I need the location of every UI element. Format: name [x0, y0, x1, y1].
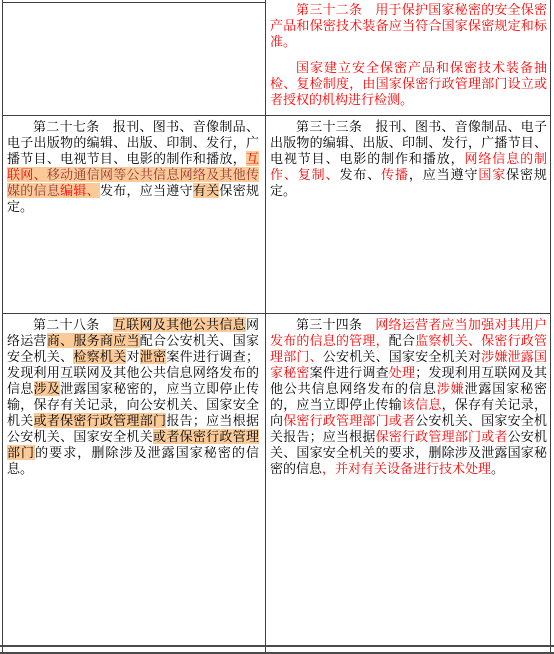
paragraph: 第三十四条 网络运营者应当加强对其用户发布的信息的管理，配合监察机关、保密行政管… [270, 317, 547, 477]
body-text: 的要求，删除涉及泄露国家秘密的信息。 [7, 445, 259, 476]
highlighted-text: 有关 [193, 183, 220, 198]
old-law-cell-row1-empty [7, 6, 259, 110]
revised-text: 处理 [389, 365, 415, 380]
revised-text: 保密行政管理部门或者 [376, 429, 508, 444]
paragraph: 第三十二条 用于保护国家秘密的安全保密产品和保密技术装备应当符合国家保密规定和标… [270, 2, 547, 50]
body-text: 案件进行调查 [310, 365, 389, 380]
table-rule-row1-row2 [2, 115, 551, 116]
old-law-cell-article-27: 第二十七条 报刊、图书、音像制品、电子出版物的编辑、出版、印制、发行，广播节目、… [7, 119, 259, 309]
table-border-right [550, 0, 551, 654]
table-border-left [2, 0, 3, 654]
highlighted-text: 商、服务商应当 [47, 333, 140, 348]
body-text: 配合 [389, 333, 415, 348]
highlighted-text: 涉及 [34, 381, 61, 396]
highlighted-text: 或者保密行政管理部门 [34, 413, 167, 428]
paragraph: 第三十三条 报刊、图书、音像制品、电子出版物的编辑、出版、印制、发行，广播节目、… [270, 119, 547, 199]
body-text: 公安机关、国家安全机关对 [323, 349, 481, 364]
table-border-middle [265, 0, 266, 654]
body-text: 第二十七条 报刊、图书、音像制品、电子出版物的编辑、出版、印制、发行，广播节目、… [7, 119, 259, 166]
body-text: 对 [126, 349, 139, 364]
new-law-cell-article-32: 第三十二条 用于保护国家秘密的安全保密产品和保密技术装备应当符合国家保密规定和标… [270, 2, 547, 112]
body-text: ，应当遵守 [409, 167, 478, 182]
revised-text: 涉嫌 [437, 381, 465, 396]
body-text: 发布、 [339, 167, 381, 182]
revised-text: 国家建立安全保密产品和保密技术装备抽检、复检制度，由国家保密行政管理部门设立或者… [270, 60, 547, 107]
body-text: 第三十四条 [296, 317, 375, 332]
revised-text: 第三十二条 用于保护国家秘密的安全保密产品和保密技术装备应当符合国家保密规定和标… [270, 2, 547, 49]
revised-text: 传播 [381, 167, 409, 182]
table-rule-row2-row3 [2, 313, 551, 314]
new-law-cell-article-33: 第三十三条 报刊、图书、音像制品、电子出版物的编辑、出版、印制、发行，广播节目、… [270, 119, 547, 309]
paragraph: 国家建立安全保密产品和保密技术装备抽检、复检制度，由国家保密行政管理部门设立或者… [270, 60, 547, 108]
highlighted-text: 泄密 [140, 349, 167, 364]
highlighted-text: 编辑、 [60, 183, 100, 198]
revised-text: ，并对有关设备进行技术处理 [322, 461, 491, 476]
table-rule-top-left-cell [2, 2, 266, 3]
revised-text: 该信息 [402, 397, 442, 412]
paragraph: 第二十七条 报刊、图书、音像制品、电子出版物的编辑、出版、印制、发行，广播节目、… [7, 119, 259, 215]
revised-text: 国家 [478, 167, 506, 182]
old-law-cell-article-28: 第二十八条 互联网及其他公共信息网络运营商、服务商应当配合公安机关、国家安全机关… [7, 317, 259, 641]
body-text: 发布，应当遵守 [100, 183, 193, 198]
body-text: 第二十八条 [33, 317, 113, 332]
body-text: 。 [491, 461, 504, 476]
paragraph: 第二十八条 互联网及其他公共信息网络运营商、服务商应当配合公安机关、国家安全机关… [7, 317, 259, 477]
new-law-cell-article-34: 第三十四条 网络运营者应当加强对其用户发布的信息的管理，配合监察机关、保密行政管… [270, 317, 547, 641]
revised-text: 保密行政管理部门或者 [283, 413, 415, 428]
comparison-table: 第三十二条 用于保护国家秘密的安全保密产品和保密技术装备应当符合国家保密规定和标… [0, 0, 554, 654]
highlighted-text: 互联网及其他公共信息 [113, 317, 246, 332]
highlighted-text: 检察机关 [73, 349, 126, 364]
table-rule-row3-row4 [0, 645, 554, 647]
